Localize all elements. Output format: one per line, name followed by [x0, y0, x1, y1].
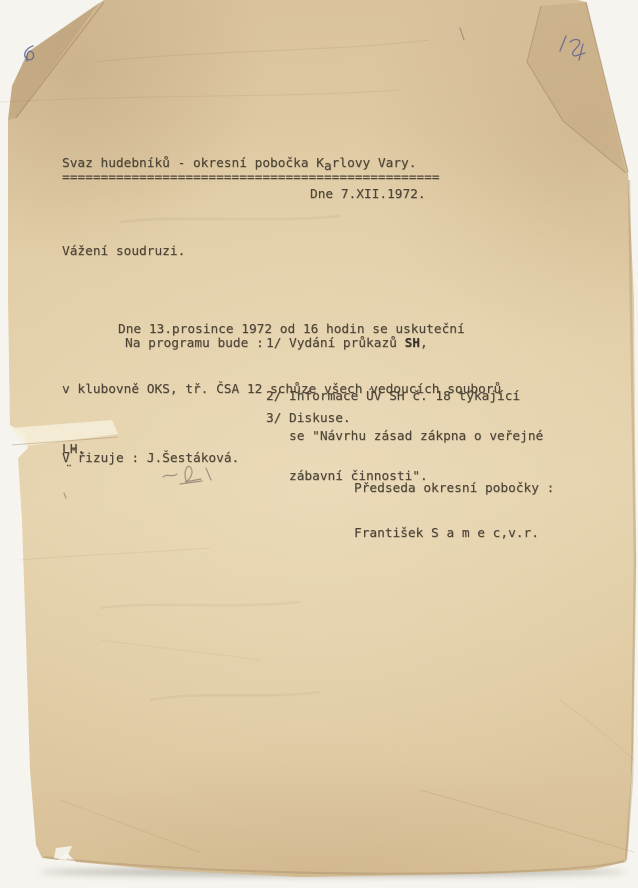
item-3-number: 3/	[266, 412, 289, 426]
item-1-trailing: ,	[420, 336, 428, 351]
item-3-text: Diskuse.	[289, 411, 351, 426]
salutation-line: Vážení soudruzi.	[62, 245, 185, 259]
typed-caron-mark: ˇ	[70, 447, 78, 462]
item-2-line-2: se "Návrhu zásad zákpna o veřejné	[266, 430, 543, 443]
clerk-rest: řizuje : J.Šestáková.	[77, 451, 239, 466]
header-rule: ========================================…	[62, 171, 440, 185]
program-item-1: 1/Vydání průkazů SH,	[266, 337, 428, 351]
date-line: Dne 7.XII.1972.	[310, 188, 426, 202]
chairman-title: Předseda okresní pobočky :	[354, 481, 554, 496]
org-name-after-sub: rlovy Vary.	[332, 156, 417, 171]
item-1-number: 1/	[266, 337, 289, 351]
signature-right-chairman: Předseda okresní pobočky : František S a…	[354, 451, 554, 571]
org-name-line: Svaz hudebníků - okresní pobočka Karlovy…	[62, 157, 416, 171]
item-2-number: 2/	[266, 390, 289, 403]
item-2-line-1-text: Informace ÚV SH č. 18 týkající	[289, 389, 520, 404]
program-item-3: 3/Diskuse.	[266, 412, 351, 426]
scanned-document-page: Svaz hudebníků - okresní pobočka Karlovy…	[0, 0, 638, 888]
org-name-before-sub: Svaz hudebníků - okresní pobočka K	[62, 156, 324, 171]
signature-left-clerk: Vˇřizuje : J.Šestáková.¨	[62, 452, 239, 466]
item-1-bold-abbr: SH	[405, 336, 420, 351]
program-intro: Na programu bude :	[125, 337, 264, 351]
item-1-text: Vydání průkazů	[289, 336, 405, 351]
item-2-line-1: 2/Informace ÚV SH č. 18 týkající	[266, 390, 543, 403]
chairman-name: František S a m e c,v.r.	[354, 526, 554, 541]
typed-underdots-mark: ¨	[65, 464, 73, 478]
